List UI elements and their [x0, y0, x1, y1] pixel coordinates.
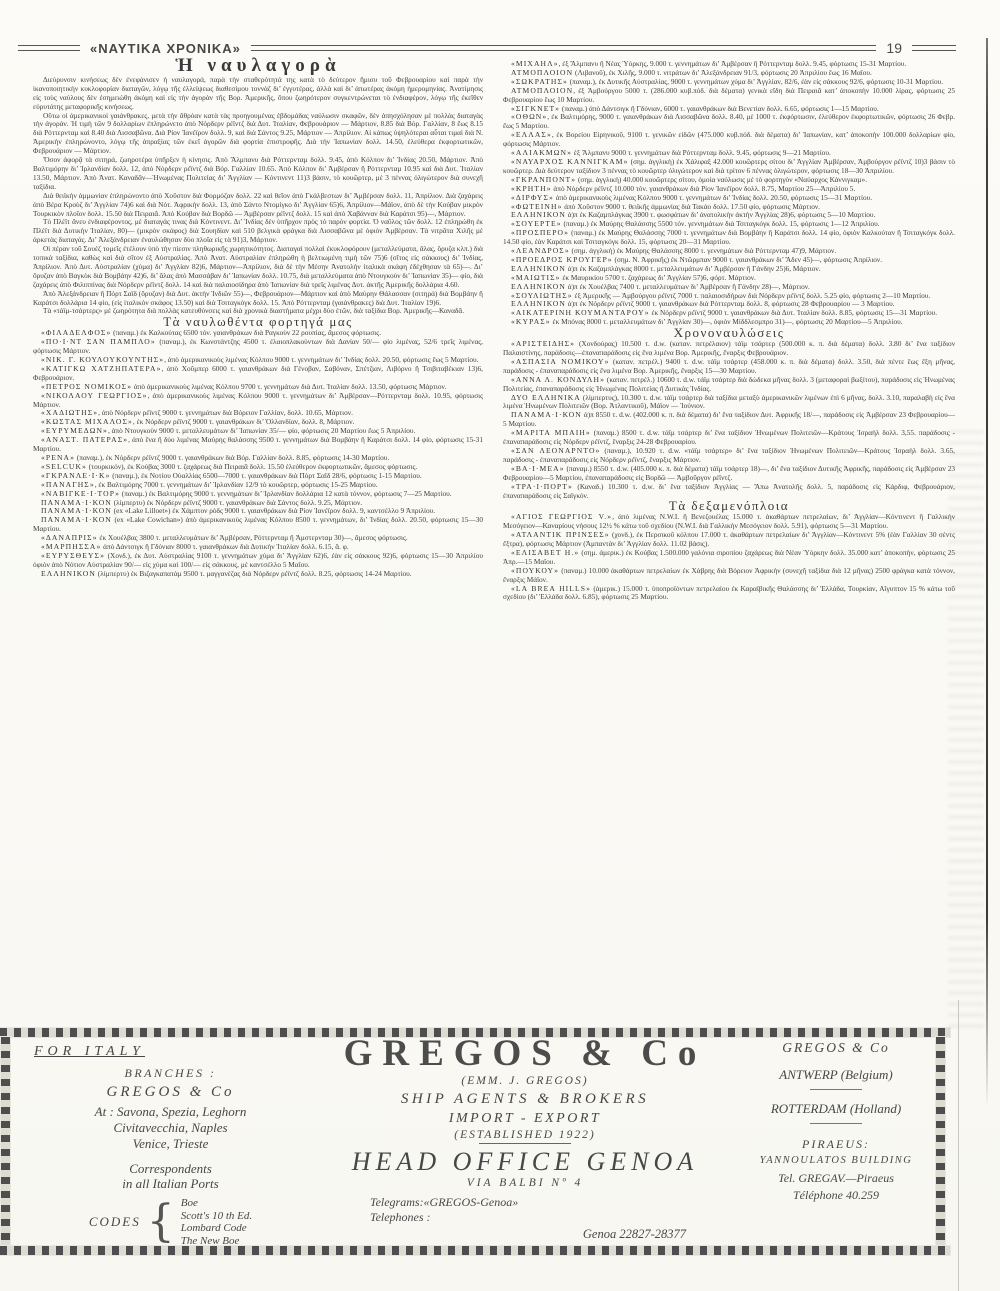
- piraeus-phone-line: Téléphone 40.259: [742, 1188, 930, 1203]
- ship-name: «ΑΣΠΑΣΙΑ ΝΟΜΙΚΟΥ»: [511, 357, 610, 366]
- branch-cities-line3: Venice, Trieste: [28, 1136, 313, 1152]
- ship-entry: «ΣΑΝ ΛΕΟΝΑΡΝΤΟ» (παναμ.), 10.920 τ. d.w.…: [503, 447, 955, 465]
- ship-name: «ΜΙΧΑΗΛ»: [511, 59, 559, 68]
- section-heading-tankers: Τὰ δεξαμενόπλοια: [503, 502, 955, 511]
- ship-name: «ΠΡΟΣΠΕΡΟ»: [511, 228, 569, 237]
- yannoulatos-building-line: YANNOULATOS BUILDING: [742, 1155, 930, 1166]
- body-paragraph: Ἀπὸ Ἀλεξάνδρειαν ἢ Πόρτ Σαΐδ (ὄρυζαν) δι…: [33, 290, 483, 308]
- ship-name: «ΠΡΟΕΔΡΟΣ ΚΡΟΥΓΕΡ»: [511, 255, 613, 264]
- ship-name: ΕΛΛΗΝΙΚΟΝ: [511, 299, 566, 308]
- ship-entry: «ΜΑΡΙΤΑ ΜΠΑΙΗ» (παναμ.) 8500 τ. d.w. τάϊ…: [503, 429, 955, 447]
- scan-edge-line-light: [958, 1000, 959, 1291]
- head-office-line: HEAD OFFICE GENOA: [300, 1147, 750, 1177]
- ship-name: ΑΤΜΟΠΛΟΙΟΝ: [511, 86, 573, 95]
- ship-name: ΕΛΛΗΝΙΚΟΝ: [41, 569, 96, 578]
- ship-entry: «ΑΣΠΑΣΙΑ ΝΟΜΙΚΟΥ» (καταν. πετρέλ.) 9400 …: [503, 358, 955, 376]
- codes-row: CODES { BoeScott's 10 th Ed.Lombard Code…: [28, 1197, 313, 1247]
- ship-name: «ΣΑΝ ΛΕΟΝΑΡΝΤΟ»: [511, 446, 600, 455]
- ship-entry: ΠΑΝΑΜΑ·Ι·ΚΟΝ (ex «Lake Cowichan») ἀπὸ ἀμ…: [33, 516, 483, 534]
- ship-name: «ΚΑΤΙΓΚΩ ΧΑΤΖΗΠΑΤΕΡΑ»: [41, 364, 162, 373]
- right-company-name: GREGOS & Co: [742, 1040, 930, 1056]
- ship-name: «ΣΙΓΚΝΕΤ»: [511, 104, 560, 113]
- ship-name: «ΟΘΩΝ»: [511, 112, 547, 121]
- ship-name: ΠΑΝΑΜΑ·Ι·ΚΟΝ: [41, 498, 112, 507]
- logo-subtitle: (EMM. J. GREGOS): [300, 1075, 750, 1087]
- codes-list: BoeScott's 10 th Ed.Lombard CodeThe New …: [181, 1197, 252, 1247]
- ship-name: «ΝΑΒΙΓΚΕ·Ι·ΤΟΡ»: [41, 489, 120, 498]
- ship-name: «ΝΙΚ. Γ. ΚΟΥΛΟΥΚΟΥΝΤΗΣ»: [41, 355, 164, 364]
- telephones-label: Telephones :: [370, 1210, 750, 1225]
- ship-name: «ΑΝΑΣΤ. ΠΑΤΕΡΑΣ»: [41, 435, 128, 444]
- ship-name: «ΜΑΡΠΗΣΣΑ»: [41, 542, 101, 551]
- body-paragraph: Οἱ πέραν τοῦ Σουὲζ τομεῖς ἐτέλουν ὑπὸ τὴ…: [33, 245, 483, 290]
- divider-rule: [810, 1123, 862, 1124]
- ship-name: «ΕΥΡΥΜΕΔΩΝ»: [41, 426, 108, 435]
- ship-entry: «ΠΟΥΚΟΥ» (παναμ.) 10.000 ἀκαθάρτων πετρε…: [503, 567, 955, 585]
- ship-entry: «ΑΤΛΑΝΤΙΚ ΠΡΙΝΣΕΣ» (χονδ.), ἐκ Περσικοῦ …: [503, 531, 955, 549]
- ship-name: «ΠΟ·Ι·ΝΤ ΣΑΝ ΠΑΜΠΛΟ»: [41, 337, 156, 346]
- chartered-entries-continued: «ΜΙΧΑΗΛ», ἐξ Ἄλμπανυ ἢ Νέας Ὑόρκης, 9.00…: [503, 60, 955, 327]
- for-italy-label: FOR ITALY: [34, 1044, 313, 1060]
- code-item: Boe: [181, 1197, 252, 1210]
- ship-entry: «LA BREA HILLS» (ἀμερικ.) 15.000 τ. ὑποπ…: [503, 585, 955, 603]
- ship-name: «ΝΙΚΟΛΑΟΥ ΓΕΩΡΓΙΟΣ»: [41, 391, 148, 400]
- code-item: The New Boe: [181, 1235, 252, 1248]
- ship-entry: «ΠΡΟΣΠΕΡΟ» (παναμ.) ἐκ Μαύρης Θαλάσσης 7…: [503, 229, 955, 247]
- branches-label: BRANCHES :: [28, 1066, 313, 1081]
- ship-name: ΕΛΛΗΝΙΚΟΝ: [511, 282, 566, 291]
- ship-entry: «ΕΥΡΥΣΘΕΥΣ» (Χονδ.), ἐκ Δυτ. Αὐστραλίας …: [33, 552, 483, 570]
- gregos-logo: GREGOS & Co: [300, 1032, 750, 1075]
- ship-entry: «ΕΛΙΣΑΒΕΤ Η.» (σημ. ἀμερικ.) ἐκ Κούβας 1…: [503, 549, 955, 567]
- newspaper-page: «ΝΑΥΤΙΚΑ ΧΡΟΝΙΚΑ» 19 Ἡ ναυλαγορὰ Διεύρυν…: [0, 0, 1000, 1291]
- article-title: Ἡ ναυλαγορὰ: [33, 62, 483, 71]
- codes-label: CODES: [89, 1214, 141, 1230]
- ship-name: «ΔΑΝΑΠΡΙΣ»: [41, 533, 98, 542]
- ship-name: ΔΥΟ ΕΛΛΗΝΙΚΑ: [511, 393, 581, 402]
- piraeus-label: PIRAEUS:: [742, 1137, 930, 1152]
- section-heading-chartered: Τὰ ναυλωθέντα φορτηγά μας: [33, 318, 483, 327]
- ship-name: «ΣΟΥΛΙΩΤΗΣ»: [511, 291, 573, 300]
- body-paragraph: Τὸ Πλέϊτ ἄνευ ἐνδιαφέροντος, μὲ διαταγάς…: [33, 218, 483, 245]
- ship-name: «ΓΚΡΑΝΛΕ·Ι·Κ»: [41, 471, 110, 480]
- checker-border-right: [936, 1037, 945, 1246]
- divider-rule: [810, 1089, 862, 1090]
- ship-name: «ΠΑΝΑΓΗΣ»: [41, 480, 95, 489]
- code-item: Scott's 10 th Ed.: [181, 1210, 252, 1223]
- ship-name: «ΧΑΔΙΩΤΗΣ»: [41, 408, 98, 417]
- ship-entry: ΑΤΜΟΠΛΟΙΟΝ, ἐξ Ἀμβούργου 5000 τ. (286.00…: [503, 87, 955, 105]
- ship-name: «ΕΛΛΑΣ»: [511, 130, 552, 139]
- ship-name: «ΤΡΑ·Ι·ΠΟΡΤ»: [511, 482, 573, 491]
- code-item: Lombard Code: [181, 1222, 252, 1235]
- ship-name: «ΓΚΡΑΝΠΟΝΤ»: [511, 175, 576, 184]
- timecharter-entries: «ΑΡΙΣΤΕΙΔΗΣ» (Χονδούρας) 10.500 τ. d.w. …: [503, 340, 955, 500]
- checker-border-left: [1, 1037, 10, 1246]
- branch-cities-line2: Civitavecchia, Naples: [28, 1120, 313, 1136]
- ship-name: «ΦΙΛΑΔΕΛΦΟΣ»: [41, 328, 111, 337]
- ship-name: «ΣΩΚΡΑΤΗΣ»: [511, 77, 568, 86]
- tanker-entries: «ΑΓΙΟΣ ΓΕΩΡΓΙΟΣ V.», ἀπὸ λιμένας N.W.I. …: [503, 513, 955, 602]
- brace-glyph: {: [147, 1202, 175, 1242]
- column-right: «ΜΙΧΑΗΛ», ἐξ Ἄλμπανυ ἢ Νέας Ὑόρκης, 9.00…: [503, 60, 955, 602]
- header-rule-left: [18, 45, 80, 51]
- ship-name: «ΑΡΙΣΤΕΙΔΗΣ»: [511, 339, 575, 348]
- header-rule-right: [912, 45, 956, 51]
- ship-name: «ΚΩΣΤΑΣ ΜΙΧΑΛΟΣ»: [41, 417, 133, 426]
- established-line: (ESTABLISHED 1922): [300, 1129, 750, 1141]
- column-left: Ἡ ναυλαγορὰ Διεύρυνσιν κινήσεως δὲν ἐνεφ…: [33, 62, 483, 579]
- ship-name: ΠΑΝΑΜΑ·Ι·ΚΟΝ: [41, 515, 112, 524]
- page-header: «ΝΑΥΤΙΚΑ ΧΡΟΝΙΚΑ» 19: [18, 40, 956, 56]
- ship-name: «ΠΕΤΡΟΣ ΝΟΜΙΚΟΣ»: [41, 382, 132, 391]
- genoa-phone-number: Genoa 22827-28377: [300, 1227, 686, 1242]
- ship-entry: «ΒΑ·Ι·ΜΕΑ» (παναμ.) 8550 τ. d.w. (405.00…: [503, 465, 955, 483]
- ad-right-block: GREGOS & Co ANTWERP (Belgium) ROTTERDAM …: [742, 1040, 930, 1203]
- telegrams-line: Telegrams:«GREGOS-Genoa»: [370, 1195, 750, 1210]
- ship-name: «ΡΕΝΑ»: [41, 453, 75, 462]
- ship-entry: «ΑΓΙΟΣ ΓΕΩΡΓΙΟΣ V.», ἀπὸ λιμένας N.W.I. …: [503, 513, 955, 531]
- correspondents-line1: Correspondents: [28, 1161, 313, 1176]
- ship-entry: ΔΥΟ ΕΛΛΗΝΙΚΑ (λίμπερτυς), 10.300 τ. d.w.…: [503, 394, 955, 412]
- antwerp-line: ANTWERP (Belgium): [742, 1067, 930, 1083]
- ship-name: «SELCUK»: [41, 462, 87, 471]
- market-paragraphs: Διεύρυνσιν κινήσεως δὲν ἐνεφάνισεν ἡ ναυ…: [33, 76, 483, 316]
- ship-name: «ΔΙΡΦΥΣ»: [511, 193, 554, 202]
- ad-left-block: FOR ITALY BRANCHES : GREGOS & Co At : Sa…: [28, 1044, 313, 1247]
- ship-agents-line: SHIP AGENTS & BROKERS: [300, 1091, 750, 1108]
- ship-name: «ΑΤΛΑΝΤΙΚ ΠΡΙΝΣΕΣ»: [511, 530, 610, 539]
- gregos-advertisement: FOR ITALY BRANCHES : GREGOS & Co At : Sa…: [0, 1028, 950, 1259]
- ship-name: «ΜΑΙΩΤΙΣ»: [511, 273, 561, 282]
- ship-name: «ΚΡΗΤΗ»: [511, 184, 552, 193]
- ship-entry: ΠΑΝΑΜΑ·Ι·ΚΟΝ ἀ)π 8550 τ. d.w. (402.000 κ…: [503, 411, 955, 429]
- ship-entry: «ΟΘΩΝ», ἐκ Βαλτιμόρης, 9000 τ. γαιανθράκ…: [503, 113, 955, 131]
- chartered-entries: «ΦΙΛΑΔΕΛΦΟΣ» (παναμ.) ἐκ Καλκούτας 6500 …: [33, 329, 483, 578]
- ship-entry: «ΝΙΚΟΛΑΟΥ ΓΕΩΡΓΙΟΣ», ἀπὸ ἀμερικανικοὺς λ…: [33, 392, 483, 410]
- correspondents-line2: in all Italian Ports: [28, 1176, 313, 1191]
- ship-name: «ΑΙΚΑΤΕΡΙΝΗ ΚΟΥΜΑΝΤΑΡΟΥ»: [511, 308, 650, 317]
- ship-entry: «ΠΟ·Ι·ΝΤ ΣΑΝ ΠΑΜΠΛΟ» (παναμ.), ἐκ Κωνστά…: [33, 338, 483, 356]
- branches-company-name: GREGOS & Co: [28, 1084, 313, 1101]
- header-rule-middle: [251, 45, 877, 51]
- ship-name: «ΑΝΝΑ Λ. ΚΟΝΔΥΛΗ»: [511, 375, 605, 384]
- ship-entry: «ΑΡΙΣΤΕΙΔΗΣ» (Χονδούρας) 10.500 τ. d.w. …: [503, 340, 955, 358]
- ship-name: ΠΑΝΑΜΑ·Ι·ΚΟΝ: [41, 506, 112, 515]
- ship-name: «ΒΑ·Ι·ΜΕΑ»: [511, 464, 565, 473]
- masthead-title: «ΝΑΥΤΙΚΑ ΧΡΟΝΙΚΑ»: [90, 41, 241, 56]
- ship-name: «ΦΩΤΕΙΝΗ»: [511, 202, 562, 211]
- ship-name: «ΕΛΙΣΑΒΕΤ Η.»: [511, 548, 579, 557]
- import-export-line: IMPORT - EXPORT: [300, 1111, 750, 1127]
- bleed-through-ghost-text: [948, 430, 984, 1030]
- page-number: 19: [886, 40, 902, 56]
- piraeus-telegram-line: Tel. GREGAV.—Piraeus: [742, 1171, 930, 1186]
- body-paragraph: Διὰ θειϊκὴν ἀμμωνίαν ἐπληρώνοντο ἀπὸ Χοῦ…: [33, 192, 483, 219]
- branch-cities-line1: At : Savona, Spezia, Leghorn: [28, 1104, 313, 1120]
- ship-name: «ΠΟΥΚΟΥ»: [511, 566, 559, 575]
- ship-name: «ΣΟΥΕΡΤΕ»: [511, 219, 562, 228]
- ship-name: «LA BREA HILLS»: [511, 584, 591, 593]
- ship-name: ΑΤΜΟΠΛΟΙΟΝ: [511, 68, 573, 77]
- ship-entry: «ΕΛΛΑΣ», ἐκ Βορείου Εἰρηνικοῦ, 9100 τ. γ…: [503, 131, 955, 149]
- rotterdam-line: ROTTERDAM (Holland): [742, 1101, 930, 1117]
- section-heading-timecharters: Χρονοναυλώσεις: [503, 329, 955, 338]
- ship-name: «ΛΕΑΝΔΡΟΣ»: [511, 246, 570, 255]
- ship-entry: «ΑΝΑΣΤ. ΠΑΤΕΡΑΣ», ἀπὸ ἕνα ἢ δύο λιμένας …: [33, 436, 483, 454]
- ship-name: «ΜΑΡΙΤΑ ΜΠΑΙΗ»: [511, 428, 591, 437]
- body-paragraph: Διεύρυνσιν κινήσεως δὲν ἐνεφάνισεν ἡ ναυ…: [33, 76, 483, 112]
- ad-center-block: GREGOS & Co (EMM. J. GREGOS) SHIP AGENTS…: [300, 1032, 750, 1242]
- checker-border-bottom: [0, 1246, 950, 1255]
- scan-edge-line: [986, 38, 988, 1108]
- ship-name: ΕΛΛΗΝΙΚΟΝ: [511, 264, 566, 273]
- ship-name: ΕΛΛΗΝΙΚΟΝ: [511, 210, 566, 219]
- ship-name: «ΝΑΥΑΡΧΟΣ ΚΑΝΝΙΓΚΑΜ»: [511, 157, 629, 166]
- ship-entry: ΕΛΛΗΝΙΚΟΝ (λίμπερτυ) ἐκ Βιζαγκαπατὰμ 950…: [33, 570, 483, 579]
- ship-name: ΠΑΝΑΜΑ·Ι·ΚΟΝ: [511, 410, 582, 419]
- ship-name: «ΕΥΡΥΣΘΕΥΣ»: [41, 551, 105, 560]
- ship-entry: «ΚΑΤΙΓΚΩ ΧΑΤΖΗΠΑΤΕΡΑ», ἀπὸ Χοῦμπερ 6000 …: [33, 365, 483, 383]
- body-paragraph: Οὕτω οἱ ἀμερικανικοὶ γαιάνθρακες, μετὰ τ…: [33, 112, 483, 157]
- ship-name: «ΑΛΙΑΚΜΩΝ»: [511, 148, 572, 157]
- ship-entry: «ΑΝΝΑ Λ. ΚΟΝΔΥΛΗ» (καταν. πετρέλ.) 10600…: [503, 376, 955, 394]
- ship-entry: «ΝΑΥΑΡΧΟΣ ΚΑΝΝΙΓΚΑΜ» (σημ. ἀγγλικὴ) ἐκ Χ…: [503, 158, 955, 176]
- body-paragraph: Ὅσον ἀφορᾷ τὰ σιτηρά, ζωηροτέρα ὑπῆρξεν …: [33, 156, 483, 192]
- ship-name: «ΑΓΙΟΣ ΓΕΩΡΓΙΟΣ V.»: [511, 512, 612, 521]
- established-underline: [479, 1143, 571, 1144]
- address-line: VIA BALBI Nº 4: [300, 1177, 750, 1189]
- ship-name: «ΚΥΡΑΣ»: [511, 317, 551, 326]
